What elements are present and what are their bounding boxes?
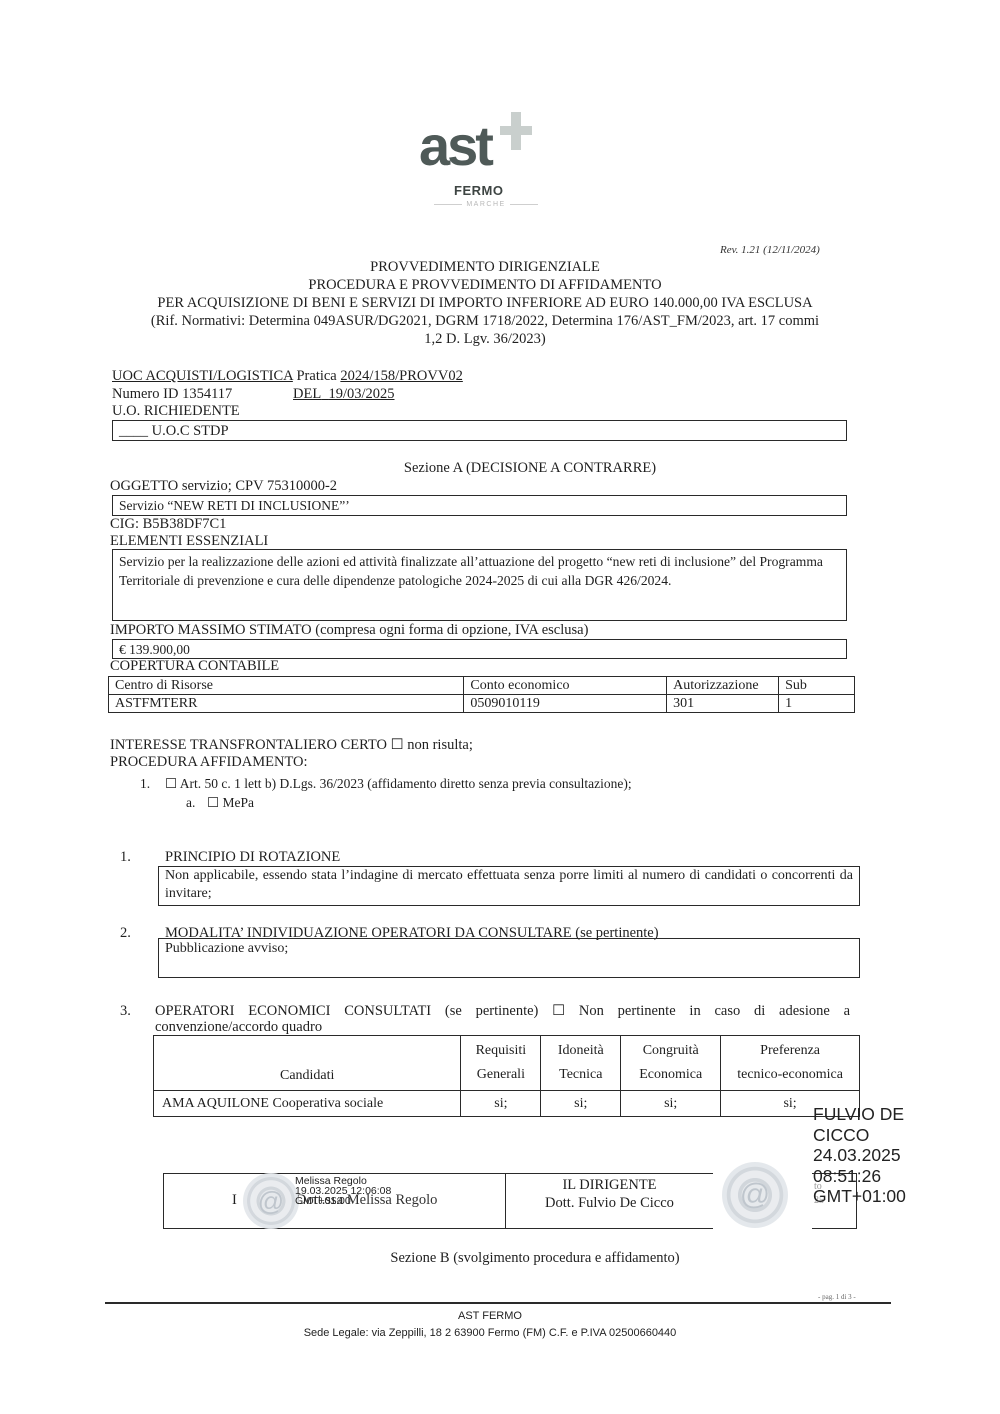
- table-row: AMA AQUILONE Cooperativa sociale si; si;…: [154, 1091, 860, 1117]
- title-line-4: (Rif. Normativi: Determina 049ASUR/DG202…: [100, 312, 870, 330]
- logo-name: FERMO: [454, 183, 503, 198]
- elementi-value: Servizio per la realizzazione delle azio…: [113, 550, 846, 592]
- table-cell: si;: [621, 1091, 721, 1117]
- title-line-3: PER ACQUISIZIONE DI BENI E SERVIZI DI IM…: [100, 294, 870, 312]
- header-bottom: Economica: [623, 1063, 718, 1087]
- dirigente-name: Dott. Fulvio De Cicco: [506, 1194, 713, 1212]
- title-line-5: 1,2 D. Lgv. 36/2023): [100, 330, 870, 348]
- del-label: DEL: [293, 386, 321, 402]
- importo-box: € 139.900,00: [112, 639, 847, 659]
- table-cell: si;: [541, 1091, 621, 1117]
- section-2-value: Pubblicazione avviso;: [159, 939, 859, 959]
- document-title: PROVVEDIMENTO DIRIGENZIALE PROCEDURA E P…: [100, 258, 870, 348]
- procedura-item-art50: ☐ Art. 50 c. 1 lett b) D.Lgs. 36/2023 (a…: [165, 775, 632, 792]
- numero-id: Numero ID 1354117: [112, 385, 232, 403]
- del-date-line: DEL 19/03/2025: [293, 385, 395, 403]
- dirigente-role: IL DIRIGENTE: [506, 1176, 713, 1194]
- operatori-header-requisiti: Requisiti Generali: [461, 1036, 541, 1091]
- operatori-table: Candidati Requisiti Generali Idoneità Te…: [153, 1035, 860, 1117]
- section-1-box: Non applicabile, essendo stata l’indagin…: [158, 866, 860, 906]
- pratica-label: Pratica: [296, 368, 336, 384]
- uo-richiedente-box: ____ U.O.C STDP: [112, 420, 847, 441]
- copertura-header-cell: Autorizzazione: [667, 677, 779, 695]
- elementi-label: ELEMENTI ESSENZIALI: [110, 532, 268, 550]
- stamp-line-4: 08:51:26: [813, 1166, 906, 1187]
- stamp-line-3: 24.03.2025: [813, 1145, 906, 1166]
- table-cell: AMA AQUILONE Cooperativa sociale: [154, 1091, 461, 1117]
- procedura-subitem-letter: a.: [186, 794, 195, 811]
- uoc-line: UOC ACQUISTI/LOGISTICA Pratica 2024/158/…: [112, 367, 463, 385]
- header-top: Idoneità: [543, 1039, 618, 1063]
- procedura-label: PROCEDURA AFFIDAMENTO:: [110, 753, 308, 771]
- logo-brand: ast: [419, 118, 491, 174]
- header-bottom: Tecnica: [543, 1063, 618, 1087]
- section-2-number: 2.: [120, 924, 131, 942]
- procedura-subitem-mepa: ☐ MePa: [207, 794, 254, 811]
- footer-org: AST FERMO: [100, 1310, 880, 1322]
- copertura-header-cell: Conto economico: [464, 677, 667, 695]
- header-bottom: Generali: [463, 1063, 538, 1087]
- header-top: Congruità: [623, 1039, 718, 1063]
- sezione-a-title: Sezione A (DECISIONE A CONTRARRE): [100, 459, 960, 477]
- signature-left-prefix: I: [232, 1192, 237, 1209]
- section-1-title: PRINCIPIO DI ROTAZIONE: [165, 848, 340, 866]
- table-cell: 1: [779, 695, 855, 713]
- digital-signature-stamp-left: Melissa Regolo 19.03.2025 12:06:08 GMT+0…: [295, 1176, 391, 1206]
- table-cell: ASTFMTERR: [109, 695, 464, 713]
- title-line-2: PROCEDURA E PROVVEDIMENTO DI AFFIDAMENTO: [100, 276, 870, 294]
- table-cell: 0509010119: [464, 695, 667, 713]
- copertura-header-row: Centro di Risorse Conto economico Autori…: [109, 677, 855, 695]
- importo-label: IMPORTO MASSIMO STIMATO (compresa ogni f…: [110, 621, 588, 639]
- table-row: ASTFMTERR 0509010119 301 1: [109, 695, 855, 713]
- sezione-b-title: Sezione B (svolgimento procedura e affid…: [100, 1250, 970, 1267]
- section-1-value: Non applicabile, essendo stata l’indagin…: [159, 867, 859, 903]
- table-cell: si;: [461, 1091, 541, 1117]
- pratica-number: 2024/158/PROVV02: [340, 368, 462, 384]
- at-seal-icon: @: [722, 1162, 788, 1228]
- section-2-box: Pubblicazione avviso;: [158, 938, 860, 978]
- oggetto-value: Servizio “NEW RETI DI INCLUSIONE”’: [113, 496, 846, 515]
- procedura-item-number: 1.: [140, 775, 150, 792]
- signature-right: IL DIRIGENTE Dott. Fulvio De Cicco: [506, 1176, 713, 1212]
- del-date: 19/03/2025: [328, 386, 394, 402]
- oggetto-label: OGGETTO servizio; CPV 75310000-2: [110, 477, 337, 495]
- operatori-header-congruita: Congruità Economica: [621, 1036, 721, 1091]
- digital-seal-right: @: [722, 1162, 788, 1228]
- at-seal-icon: @: [243, 1173, 299, 1229]
- logo-region: MARCHE: [424, 201, 548, 208]
- elementi-box: Servizio per la realizzazione delle azio…: [112, 549, 847, 621]
- section-3-title-continued: convenzione/accordo quadro: [155, 1018, 322, 1036]
- table-cell: 301: [667, 695, 779, 713]
- revision-label: Rev. 1.21 (12/11/2024): [720, 244, 820, 256]
- footer-divider: [105, 1302, 891, 1304]
- signature-box-right-bottom: [812, 1228, 857, 1229]
- title-line-1: PROVVEDIMENTO DIRIGENZIALE: [100, 258, 870, 276]
- oggetto-box: Servizio “NEW RETI DI INCLUSIONE”’: [112, 495, 847, 516]
- uo-richiedente-label: U.O. RICHIEDENTE: [112, 402, 240, 420]
- header-bottom: tecnico-economica: [723, 1063, 857, 1087]
- signature-box-left-border: [163, 1173, 164, 1229]
- operatori-header-idoneita: Idoneità Tecnica: [541, 1036, 621, 1091]
- cig-code: CIG: B5B38DF7C1: [110, 515, 226, 533]
- stamp-line-5: GMT+01:00: [813, 1186, 906, 1207]
- operatori-header-preferenza: Preferenza tecnico-economica: [721, 1036, 860, 1091]
- section-3-number: 3.: [120, 1002, 131, 1020]
- digital-signature-stamp-right: FULVIO DE CICCO 24.03.2025 08:51:26 GMT+…: [813, 1104, 906, 1207]
- header-top: Requisiti: [463, 1039, 538, 1063]
- footer-address: Sede Legale: via Zeppilli, 18 2 63900 Fe…: [100, 1327, 880, 1339]
- copertura-label: COPERTURA CONTABILE: [110, 657, 279, 675]
- uoc-name: UOC ACQUISTI/LOGISTICA: [112, 368, 293, 384]
- copertura-header-cell: Centro di Risorse: [109, 677, 464, 695]
- interesse-transfrontaliero: INTERESSE TRANSFRONTALIERO CERTO ☐ non r…: [110, 736, 473, 754]
- stamp-line-1: FULVIO DE: [813, 1104, 906, 1125]
- operatori-header-candidati: Candidati: [154, 1036, 461, 1091]
- header-top: Preferenza: [723, 1039, 857, 1063]
- stamp-line-2: CICCO: [813, 1125, 906, 1146]
- page-number: - pag. 1 di 3 -: [818, 1293, 856, 1301]
- logo-cross-horizontal: [500, 126, 532, 135]
- operatori-header-row: Candidati Requisiti Generali Idoneità Te…: [154, 1036, 860, 1091]
- copertura-table: Centro di Risorse Conto economico Autori…: [108, 676, 855, 713]
- copertura-header-cell: Sub: [779, 677, 855, 695]
- section-1-number: 1.: [120, 848, 131, 866]
- stamp-timezone: GMT+01:00: [295, 1196, 391, 1206]
- digital-seal-left: @: [243, 1173, 299, 1229]
- uo-richiedente-value: ____ U.O.C STDP: [113, 421, 846, 441]
